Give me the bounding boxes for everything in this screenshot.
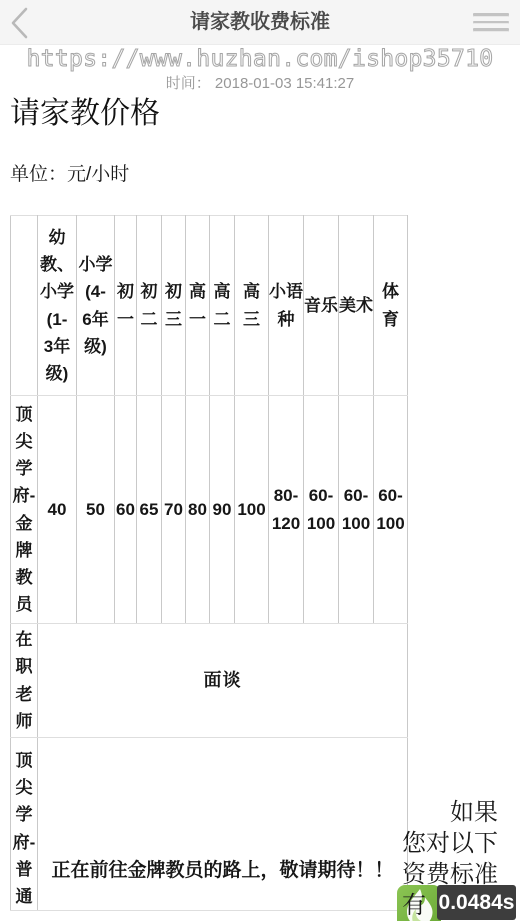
col-header: 高三 bbox=[235, 216, 269, 396]
col-header: 幼 教、 小学 (1- 3年 级) bbox=[38, 216, 77, 396]
table-row-gold-teacher: 顶尖学府-金牌教员 40 50 60 65 70 80 90 100 80-12… bbox=[11, 396, 408, 624]
col-header: 初一 bbox=[115, 216, 137, 396]
price-cell: 80 bbox=[186, 396, 210, 624]
load-time-badge[interactable]: 0.0484s bbox=[437, 885, 516, 920]
row-label: 顶尖学府-金牌教员 bbox=[11, 396, 38, 624]
col-header: 初三 bbox=[162, 216, 186, 396]
col-header: 小语种 bbox=[269, 216, 304, 396]
span-cell-coming-soon: 正在前往金牌教员的路上，敬请期待！！ bbox=[38, 738, 408, 911]
col-header: 小学 (4- 6年 级) bbox=[77, 216, 115, 396]
price-cell: 40 bbox=[38, 396, 77, 624]
price-cell: 65 bbox=[137, 396, 162, 624]
price-cell: 90 bbox=[210, 396, 235, 624]
col-header: 高一 bbox=[186, 216, 210, 396]
price-cell: 60 bbox=[115, 396, 137, 624]
price-cell: 80-120 bbox=[269, 396, 304, 624]
price-cell: 100 bbox=[235, 396, 269, 624]
app-header-title: 请家教收费标准 bbox=[60, 0, 460, 45]
col-header: 体育 bbox=[374, 216, 408, 396]
page-title: 请家教价格 bbox=[10, 97, 520, 131]
corner-cell bbox=[11, 216, 38, 396]
price-table: 幼 教、 小学 (1- 3年 级) 小学 (4- 6年 级) 初一 初二 初三 … bbox=[10, 215, 408, 911]
row-label: 在职老师 bbox=[11, 624, 38, 738]
price-cell: 70 bbox=[162, 396, 186, 624]
menu-icon[interactable] bbox=[473, 13, 509, 32]
table-header-row: 幼 教、 小学 (1- 3年 级) 小学 (4- 6年 级) 初一 初二 初三 … bbox=[11, 216, 408, 396]
back-icon[interactable] bbox=[8, 6, 32, 40]
unit-label: 单位：元/小时 bbox=[10, 164, 520, 186]
span-cell-interview: 面谈 bbox=[38, 624, 408, 738]
price-cell: 60-100 bbox=[374, 396, 408, 624]
app-header: 请家教收费标准 bbox=[0, 0, 520, 45]
col-header: 初二 bbox=[137, 216, 162, 396]
price-cell: 60-100 bbox=[339, 396, 374, 624]
timestamp: 时间： 2018-01-03 15:41:27 bbox=[0, 72, 520, 93]
table-row-inservice-teacher: 在职老师 面谈 bbox=[11, 624, 408, 738]
price-cell: 50 bbox=[77, 396, 115, 624]
watermark-url: https://www.huzhan.com/ishop35710 bbox=[0, 46, 520, 72]
col-header: 音乐 bbox=[304, 216, 339, 396]
col-header: 高二 bbox=[210, 216, 235, 396]
table-row-normal-teacher: 顶尖学府-普通 正在前往金牌教员的路上，敬请期待！！ bbox=[11, 738, 408, 911]
row-label: 顶尖学府-普通 bbox=[11, 738, 38, 911]
price-cell: 60-100 bbox=[304, 396, 339, 624]
col-header: 美术 bbox=[339, 216, 374, 396]
